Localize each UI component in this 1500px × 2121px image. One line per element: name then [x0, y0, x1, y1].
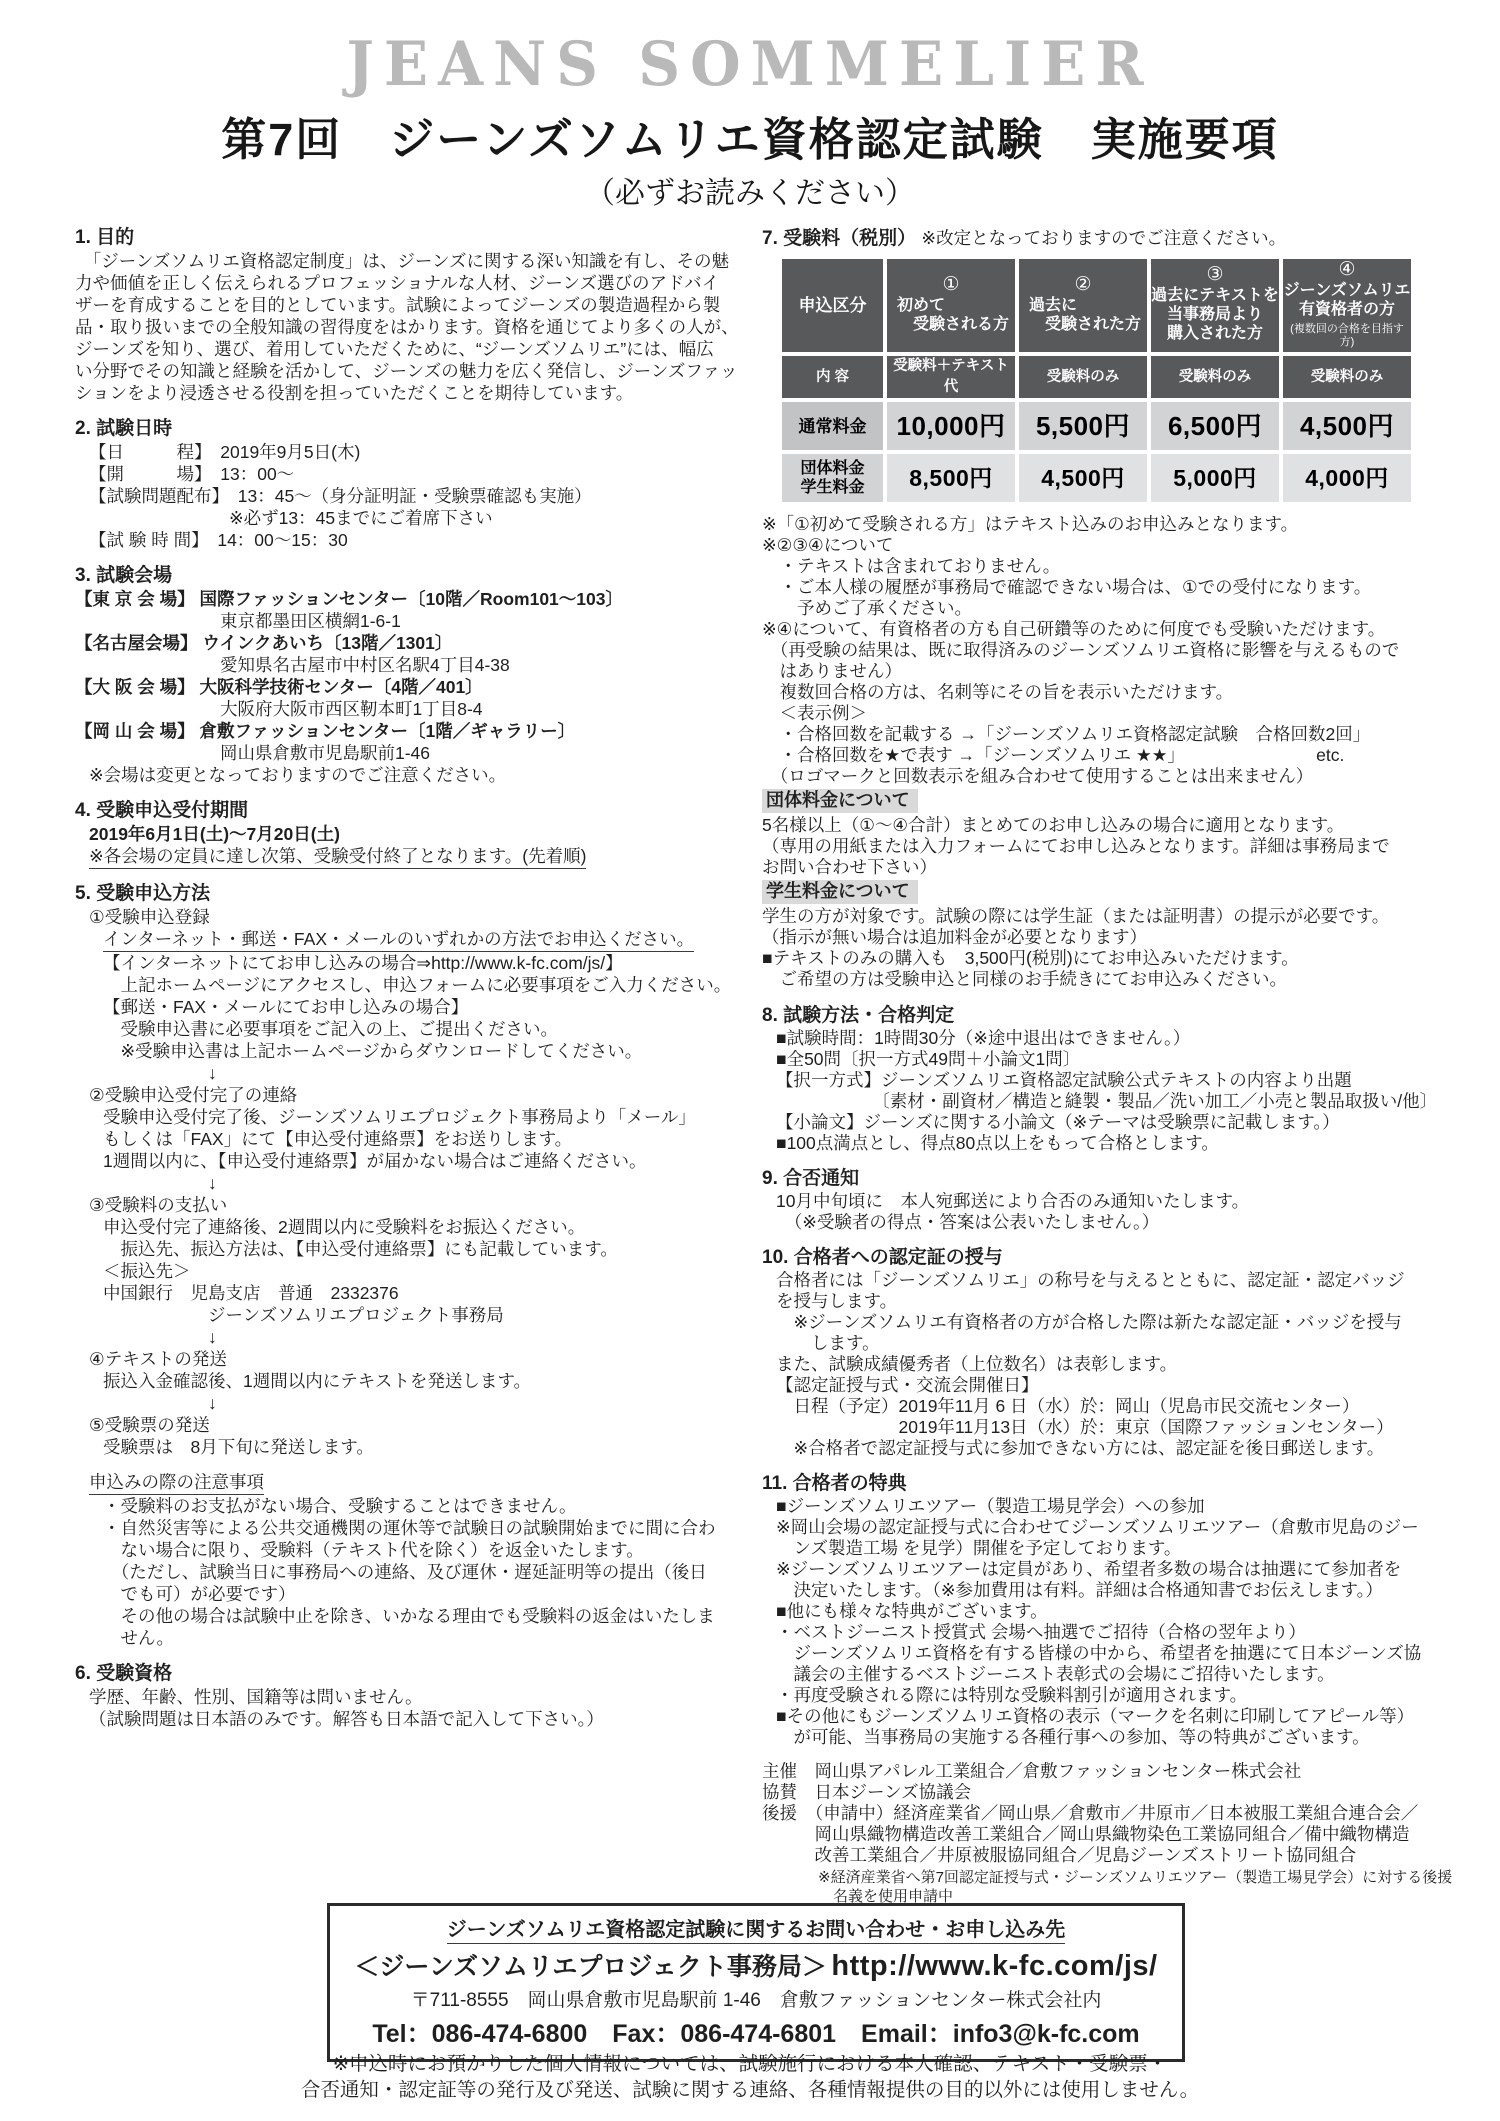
cautions-heading: 申込みの際の注意事項	[89, 1471, 264, 1495]
fee-col2-normal-price: 5,500円	[1019, 402, 1147, 450]
fee-col1-normal-price: 10,000円	[887, 402, 1015, 450]
section-result-notice-heading: 9. 合否通知	[762, 1167, 1454, 1191]
group-fee-body: 5名様以上（①～④合計）まとめてのお申し込みの場合に適用となります。 （専用の用…	[762, 815, 1454, 878]
jeans-sommelier-logo: JEANS SOMMELIER	[0, 28, 1500, 99]
fee-col4-number: ④	[1283, 259, 1411, 281]
section-datetime: 2. 試験日時 【日 程】 2019年9月5日(木) 【開 場】 13：00～ …	[75, 417, 751, 551]
fee-col4-group-price: 4,000円	[1283, 454, 1411, 502]
fee-col4-content: 受験料のみ	[1283, 356, 1411, 398]
fee-col3-number: ③	[1151, 264, 1279, 286]
venue-nagoya: 【名古屋会場】 ウインクあいち〔13階／1301〕	[75, 632, 751, 654]
section-application-period-heading: 4. 受験申込受付期間	[75, 799, 751, 823]
fee-table-col1-header: ① 初めて 受験される方	[887, 259, 1015, 352]
cautions-body: ・受験料のお支払がない場合、受験することはできません。 ・自然災害等による公共交…	[75, 1495, 751, 1649]
fee-content-label: 内 容	[782, 356, 883, 398]
section-venues-heading: 3. 試験会場	[75, 564, 751, 588]
fee-table-group-row: 団体料金 学生料金 8,500円 4,500円 5,000円 4,000円	[782, 454, 1411, 502]
fee-col1-content: 受験料＋テキスト代	[887, 356, 1015, 398]
section-eligibility-heading: 6. 受験資格	[75, 1662, 751, 1686]
contact-office-line: ＜ジーンズソムリエプロジェクト事務局＞ http://www.k-fc.com/…	[336, 1947, 1176, 1983]
section-result-notice-body: 10月中旬頃に 本人宛郵送により合否のみ通知いたします。 （※受験者の得点・答案…	[762, 1191, 1454, 1233]
page-subtitle: （必ずお読みください）	[0, 168, 1500, 212]
step5-heading: ⑤受験票の発送	[75, 1414, 751, 1436]
fee-notes: ※「①初めて受験される方」はテキスト込みのお申込みとなります。 ※②③④について…	[762, 514, 1454, 787]
section-application-method-heading: 5. 受験申込方法	[75, 882, 751, 906]
section-application-cautions: 申込みの際の注意事項 ・受験料のお支払がない場合、受験することはできません。 ・…	[75, 1471, 751, 1649]
organizers-block: 主催 岡山県アパレル工業組合／倉敷ファッションセンター株式会社 協賛 日本ジーン…	[762, 1761, 1454, 1906]
section-datetime-body: 【日 程】 2019年9月5日(木) 【開 場】 13：00～ 【試験問題配布】…	[75, 441, 751, 551]
section-datetime-heading: 2. 試験日時	[75, 417, 751, 441]
section-exam-method-body: ■試験時間：1時間30分（※途中退出はできません。） ■全50問〔択一方式49問…	[762, 1028, 1454, 1154]
venue-tokyo-address: 東京都墨田区横網1-6-1	[75, 610, 751, 632]
section-benefits-body: ■ジーンズソムリエツアー（製造工場見学会）への参加 ※岡山会場の認定証授与式に合…	[762, 1496, 1454, 1748]
fee-col4-title: ジーンズソムリエ 有資格者の方	[1283, 281, 1411, 323]
organizers-note: ※経済産業省へ第7回認定証授与式・ジーンズソムリエツアー（製造工場見学会）に対す…	[762, 1868, 1454, 1906]
step4-heading: ④テキストの発送	[75, 1348, 751, 1370]
section-certificate-body: 合格者には「ジーンズソムリエ」の称号を与えるとともに、認定証・認定バッジ を授与…	[762, 1270, 1454, 1459]
fee-col4-normal-price: 4,500円	[1283, 402, 1411, 450]
fee-table-content-row: 内 容 受験料＋テキスト代 受験料のみ 受験料のみ 受験料のみ	[782, 356, 1411, 398]
section-purpose-heading: 1. 目的	[75, 226, 751, 250]
venue-osaka-address: 大阪府大阪市西区靭本町1丁目8-4	[75, 698, 751, 720]
fee-group-label: 団体料金 学生料金	[782, 454, 883, 502]
fee-table-header-row: 申込区分 ① 初めて 受験される方 ② 過去に 受験された方 ③ 過去にテキスト…	[782, 259, 1411, 352]
student-fee-body: 学生の方が対象です。試験の際には学生証（または証明書）の提示が必要です。 （指示…	[762, 906, 1454, 990]
fee-table: 申込区分 ① 初めて 受験される方 ② 過去に 受験された方 ③ 過去にテキスト…	[778, 255, 1415, 506]
right-column: 7. 受験料（税別） ※改定となっておりますのでご注意ください。 申込区分 ① …	[762, 226, 1454, 1919]
fees-heading-note: ※改定となっておりますのでご注意ください。	[921, 228, 1286, 248]
page-title: 第7回 ジーンズソムリエ資格認定試験 実施要項	[0, 103, 1500, 168]
student-fee-block: 学生料金について 学生の方が対象です。試験の際には学生証（または証明書）の提示が…	[762, 878, 1454, 990]
organizers-body: 主催 岡山県アパレル工業組合／倉敷ファッションセンター株式会社 協賛 日本ジーン…	[762, 1761, 1454, 1866]
fee-table-col2-header: ② 過去に 受験された方	[1019, 259, 1147, 352]
section-application-period: 4. 受験申込受付期間 2019年6月1日(土)～7月20日(土) ※各会場の定…	[75, 799, 751, 869]
step5-body: 受験票は 8月下旬に発送します。	[75, 1436, 751, 1458]
section-fees: 7. 受験料（税別） ※改定となっておりますのでご注意ください。 申込区分 ① …	[762, 226, 1454, 990]
section-benefits: 11. 合格者の特典 ■ジーンズソムリエツアー（製造工場見学会）への参加 ※岡山…	[762, 1472, 1454, 1748]
step2-heading: ②受験申込受付完了の連絡	[75, 1084, 751, 1106]
section-purpose: 1. 目的 「ジーンズソムリエ資格認定制度」は、ジーンズに関する深い知識を有し、…	[75, 226, 751, 404]
venue-okayama-address: 岡山県倉敷市児島駅前1-46	[75, 742, 751, 764]
fee-table-col3-header: ③ 過去にテキストを 当事務局より 購入された方	[1151, 259, 1279, 352]
privacy-note: ※申込時にお預かりした個人情報については、試験施行における本人確認、テキスト・受…	[0, 2051, 1500, 2103]
contact-box-title: ジーンズソムリエ資格認定試験に関するお問い合わせ・お申し込み先	[447, 1913, 1065, 1944]
venue-okayama: 【岡 山 会 場】 倉敷ファッションセンター〔1階／ギャラリー〕	[75, 720, 751, 742]
contact-office-url: http://www.k-fc.com/js/	[831, 1950, 1157, 1982]
section-fees-heading: 7. 受験料（税別） ※改定となっておりますのでご注意ください。	[762, 226, 1454, 251]
step3-body: 申込受付完了連絡後、2週間以内に受験料をお振込ください。 振込先、振込方法は、【…	[75, 1216, 751, 1348]
section-venues: 3. 試験会場 【東 京 会 場】 国際ファッションセンター〔10階／Room1…	[75, 564, 751, 786]
fee-col2-number: ②	[1019, 274, 1147, 296]
section-eligibility: 6. 受験資格 学歴、年齢、性別、国籍等は問いません。 （試験問題は日本語のみで…	[75, 1662, 751, 1730]
fee-col3-normal-price: 6,500円	[1151, 402, 1279, 450]
document-page: JEANS SOMMELIER 第7回 ジーンズソムリエ資格認定試験 実施要項 …	[0, 0, 1500, 2121]
contact-office-name: ＜ジーンズソムリエプロジェクト事務局＞	[354, 1953, 827, 1981]
section-exam-method: 8. 試験方法・合格判定 ■試験時間：1時間30分（※途中退出はできません。） …	[762, 1004, 1454, 1154]
section-purpose-body: 「ジーンズソムリエ資格認定制度」は、ジーンズに関する深い知識を有し、その魅 力や…	[75, 250, 751, 404]
fee-col1-number: ①	[887, 274, 1015, 296]
fee-col2-title: 過去に 受験された方	[1019, 296, 1147, 338]
application-period-dates: 2019年6月1日(土)～7月20日(土)	[75, 823, 751, 845]
fee-col1-title: 初めて 受験される方	[887, 296, 1015, 338]
fee-table-corner-cell: 申込区分	[782, 259, 883, 352]
section-certificate-heading: 10. 合格者への認定証の授与	[762, 1246, 1454, 1270]
venue-change-note: ※会場は変更となっておりますのでご注意ください。	[75, 764, 751, 786]
fee-table-normal-row: 通常料金 10,000円 5,500円 6,500円 4,500円	[782, 402, 1411, 450]
step2-body: 受験申込受付完了後、ジーンズソムリエプロジェクト事務局より「メール」 もしくは「…	[75, 1106, 751, 1194]
group-fee-heading: 団体料金について	[762, 789, 918, 813]
venue-osaka: 【大 阪 会 場】 大阪科学技術センター〔4階／401〕	[75, 676, 751, 698]
student-fee-heading: 学生料金について	[762, 880, 918, 904]
application-period-note: ※各会場の定員に達し次第、受験受付終了となります。(先着順)	[89, 845, 586, 869]
step3-heading: ③受験料の支払い	[75, 1194, 751, 1216]
section-certificate: 10. 合格者への認定証の授与 合格者には「ジーンズソムリエ」の称号を与えるとと…	[762, 1246, 1454, 1459]
contact-tel-fax-email: Tel：086-474-6800 Fax：086-474-6801 Email：…	[336, 2014, 1176, 2050]
section-result-notice: 9. 合否通知 10月中旬頃に 本人宛郵送により合否のみ通知いたします。 （※受…	[762, 1167, 1454, 1233]
venue-nagoya-address: 愛知県名古屋市中村区名駅4丁目4-38	[75, 654, 751, 676]
fee-col2-group-price: 4,500円	[1019, 454, 1147, 502]
section-benefits-heading: 11. 合格者の特典	[762, 1472, 1454, 1496]
fee-col1-group-price: 8,500円	[887, 454, 1015, 502]
section-exam-method-heading: 8. 試験方法・合格判定	[762, 1004, 1454, 1028]
fees-heading-text: 7. 受験料（税別）	[762, 228, 916, 249]
step1-body: 【インターネットにてお申し込みの場合⇒http://www.k-fc.com/j…	[75, 952, 751, 1084]
step1-methods-line: インターネット・郵送・FAX・メールのいずれかの方法でお申込ください。	[103, 928, 694, 952]
left-column: 1. 目的 「ジーンズソムリエ資格認定制度」は、ジーンズに関する深い知識を有し、…	[75, 226, 751, 1743]
step1-heading: ①受験申込登録	[75, 906, 751, 928]
venue-tokyo: 【東 京 会 場】 国際ファッションセンター〔10階／Room101～103〕	[75, 588, 751, 610]
fee-col3-group-price: 5,000円	[1151, 454, 1279, 502]
section-eligibility-body: 学歴、年齢、性別、国籍等は問いません。 （試験問題は日本語のみです。解答も日本語…	[75, 1686, 751, 1730]
contact-address: 〒711-8555 岡山県倉敷市児島駅前 1-46 倉敷ファッションセンター株式…	[336, 1985, 1176, 2012]
step4-body: 振込入金確認後、1週間以内にテキストを発送します。 ↓	[75, 1370, 751, 1414]
fee-table-col4-header: ④ ジーンズソムリエ 有資格者の方 (複数回の合格を目指す方)	[1283, 259, 1411, 352]
section-application-method: 5. 受験申込方法 ①受験申込登録 インターネット・郵送・FAX・メールのいずれ…	[75, 882, 751, 1458]
contact-box: ジーンズソムリエ資格認定試験に関するお問い合わせ・お申し込み先 ＜ジーンズソムリ…	[327, 1903, 1185, 2062]
fee-col4-note: (複数回の合格を目指す方)	[1283, 323, 1411, 352]
group-fee-block: 団体料金について 5名様以上（①～④合計）まとめてのお申し込みの場合に適用となり…	[762, 787, 1454, 878]
fee-col2-content: 受験料のみ	[1019, 356, 1147, 398]
fee-col3-title: 過去にテキストを 当事務局より 購入された方	[1151, 286, 1279, 347]
fee-col3-content: 受験料のみ	[1151, 356, 1279, 398]
fee-normal-label: 通常料金	[782, 402, 883, 450]
